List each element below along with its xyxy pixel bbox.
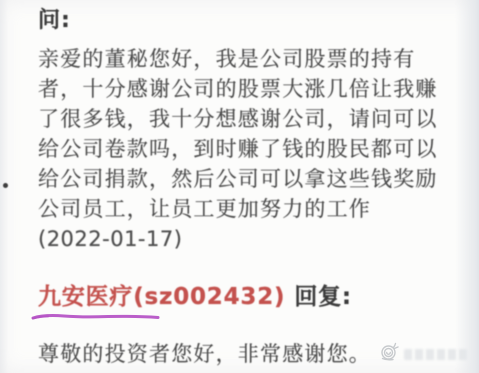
hand-drawn-underline [30,312,162,322]
question-label: 问: [38,8,71,34]
qa-screenshot-page: 问: 亲爱的董秘您好，我是公司股票的持有 者，十分感谢公司的股票大涨几倍让我赚 … [0,0,479,373]
reply-first-line: 尊敬的投资者您好，非常感谢您。 [38,341,371,367]
watermark [378,341,470,363]
reply-word: 回复: [294,284,352,310]
stray-bullet-dot [3,183,8,188]
question-line: 公司员工，让员工更加努力的工作 [38,194,462,224]
reply-header: 九安医疗(sz002432)回复: [38,283,352,311]
question-line: 给公司捐款，然后公司可以拿这些钱奖励 [38,164,462,194]
question-line: 给公司卷款吗，到时赚了钱的股民都可以 [38,134,462,164]
question-line: 者，十分感谢公司的股票大涨几倍让我赚 [38,74,462,104]
snail-icon [378,341,399,363]
question-line: 了很多钱，我十分想感谢公司，请问可以 [38,104,462,134]
watermark-illegible-text [404,349,470,360]
company-name: 九安医疗(sz002432) [38,284,285,310]
question-text: 亲爱的董秘您好，我是公司股票的持有 者，十分感谢公司的股票大涨几倍让我赚 了很多… [38,44,462,254]
question-date: (2022-01-17) [38,224,462,254]
question-line: 亲爱的董秘您好，我是公司股票的持有 [38,44,462,74]
